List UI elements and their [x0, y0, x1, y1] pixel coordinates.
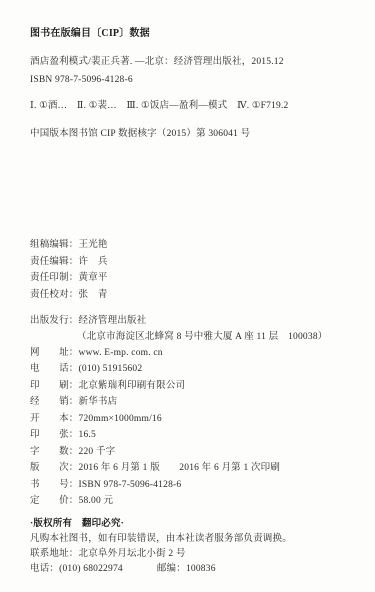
publication-field-value: 720mm×1000mm/16	[79, 414, 162, 424]
publication-row-isbn: 书 号：ISBN 978-7-5096-4128-6	[30, 477, 357, 494]
publication-field-value: 58.00 元	[79, 496, 114, 506]
exchange-notice-line: 凡购本社图书，如有印装错误，由本社读者服务部负责调换。	[30, 532, 357, 547]
contact-phone: 电话：(010) 68022974	[30, 564, 123, 574]
publication-field-value: 220 千字	[79, 447, 116, 457]
editor-role-label: 责任编辑：	[30, 257, 79, 267]
publication-block: 出版发行：经济管理出版社 （北京市海淀区北蜂窝 8 号中雅大厦 A 座 11 层…	[30, 313, 357, 510]
publication-field-value: ISBN 978-7-5096-4128-6	[79, 480, 182, 490]
publication-field-label: 开 本：	[30, 414, 79, 424]
publication-field-label: 定 价：	[30, 496, 79, 506]
publication-field-label: 经 销：	[30, 397, 79, 407]
cip-header: 图书在版编目〔CIP〕数据	[30, 24, 357, 39]
cip-title-block: 酒店盈利模式/裴正兵著. —北京：经济管理出版社，2015.12 ISBN 97…	[30, 53, 357, 89]
cip-record-line: 中国版本图书馆 CIP 数据核字（2015）第 306041 号	[30, 128, 357, 141]
editor-name: 许 兵	[79, 257, 108, 267]
editor-name: 张 青	[79, 290, 108, 300]
isbn-line: ISBN 978-7-5096-4128-6	[30, 71, 357, 89]
cip-title-statement: 酒店盈利模式/裴正兵著. —北京：经济管理出版社，2015.12	[30, 53, 357, 71]
publication-field-label: 印 张：	[30, 430, 79, 440]
editors-block: 组稿编辑：王光艳 责任编辑：许 兵 责任印制：黄章平 责任校对：张 青	[30, 237, 357, 303]
publication-field-value: 新华书店	[79, 397, 118, 407]
editor-row: 责任编辑：许 兵	[30, 254, 357, 271]
contact-address-line: 联系地址：北京阜外月坛北小街 2 号	[30, 547, 357, 562]
publication-row-publisher: 出版发行：经济管理出版社	[30, 313, 357, 330]
editor-row: 组稿编辑：王光艳	[30, 237, 357, 254]
publication-field-label: 印 刷：	[30, 381, 79, 391]
copyright-notice-title: ·版权所有 翻印必究·	[30, 517, 357, 532]
editor-name: 王光艳	[79, 240, 108, 250]
publication-field-value: (010) 51915602	[79, 364, 143, 374]
publication-row-printer: 印 刷：北京紫瑞利印刷有限公司	[30, 378, 357, 395]
publication-field-value: 北京紫瑞利印刷有限公司	[79, 381, 186, 391]
publication-field-label: 书 号：	[30, 480, 79, 490]
publication-field-label: 字 数：	[30, 447, 79, 457]
publication-row-wordcount: 字 数：220 千字	[30, 444, 357, 461]
editor-row: 责任校对：张 青	[30, 287, 357, 304]
publication-field-label: 电 话：	[30, 364, 79, 374]
publication-field-value: www. E-mp. com. cn	[79, 348, 163, 358]
classification-line: Ⅰ. ①酒… Ⅱ. ①裴… Ⅲ. ①饭店—盈利—模式 Ⅳ. ①F719.2	[30, 100, 357, 113]
contact-phone-row: 电话：(010) 68022974邮编：100836	[30, 562, 357, 577]
publication-field-value: 经济管理出版社	[79, 316, 147, 326]
publication-row-price: 定 价：58.00 元	[30, 493, 357, 510]
editor-role-label: 组稿编辑：	[30, 240, 79, 250]
publication-row-format: 开 本：720mm×1000mm/16	[30, 411, 357, 428]
publication-field-label: 网 址：	[30, 348, 79, 358]
editor-role-label: 责任校对：	[30, 290, 79, 300]
publication-row-edition: 版 次：2016 年 6 月第 1 版 2016 年 6 月第 1 次印刷	[30, 460, 357, 477]
editor-role-label: 责任印制：	[30, 273, 79, 283]
book-copyright-page: 图书在版编目〔CIP〕数据 酒店盈利模式/裴正兵著. —北京：经济管理出版社，2…	[0, 0, 375, 592]
editor-name: 黄章平	[79, 273, 108, 283]
publisher-address-line: （北京市海淀区北蜂窝 8 号中雅大厦 A 座 11 层 100038）	[30, 330, 357, 345]
publication-field-value: 2016 年 6 月第 1 版 2016 年 6 月第 1 次印刷	[79, 463, 281, 473]
publication-field-value: 16.5	[79, 430, 96, 440]
publication-field-label: 出版发行：	[30, 316, 79, 326]
publication-row-website: 网 址：www. E-mp. com. cn	[30, 345, 357, 362]
publication-row-distributor: 经 销：新华书店	[30, 394, 357, 411]
publication-row-sheets: 印 张：16.5	[30, 427, 357, 444]
postal-code: 邮编：100836	[157, 564, 216, 574]
editor-row: 责任印制：黄章平	[30, 270, 357, 287]
copyright-notice-block: ·版权所有 翻印必究· 凡购本社图书，如有印装错误，由本社读者服务部负责调换。 …	[30, 517, 357, 577]
publication-row-phone: 电 话：(010) 51915602	[30, 361, 357, 378]
publication-field-label: 版 次：	[30, 463, 79, 473]
